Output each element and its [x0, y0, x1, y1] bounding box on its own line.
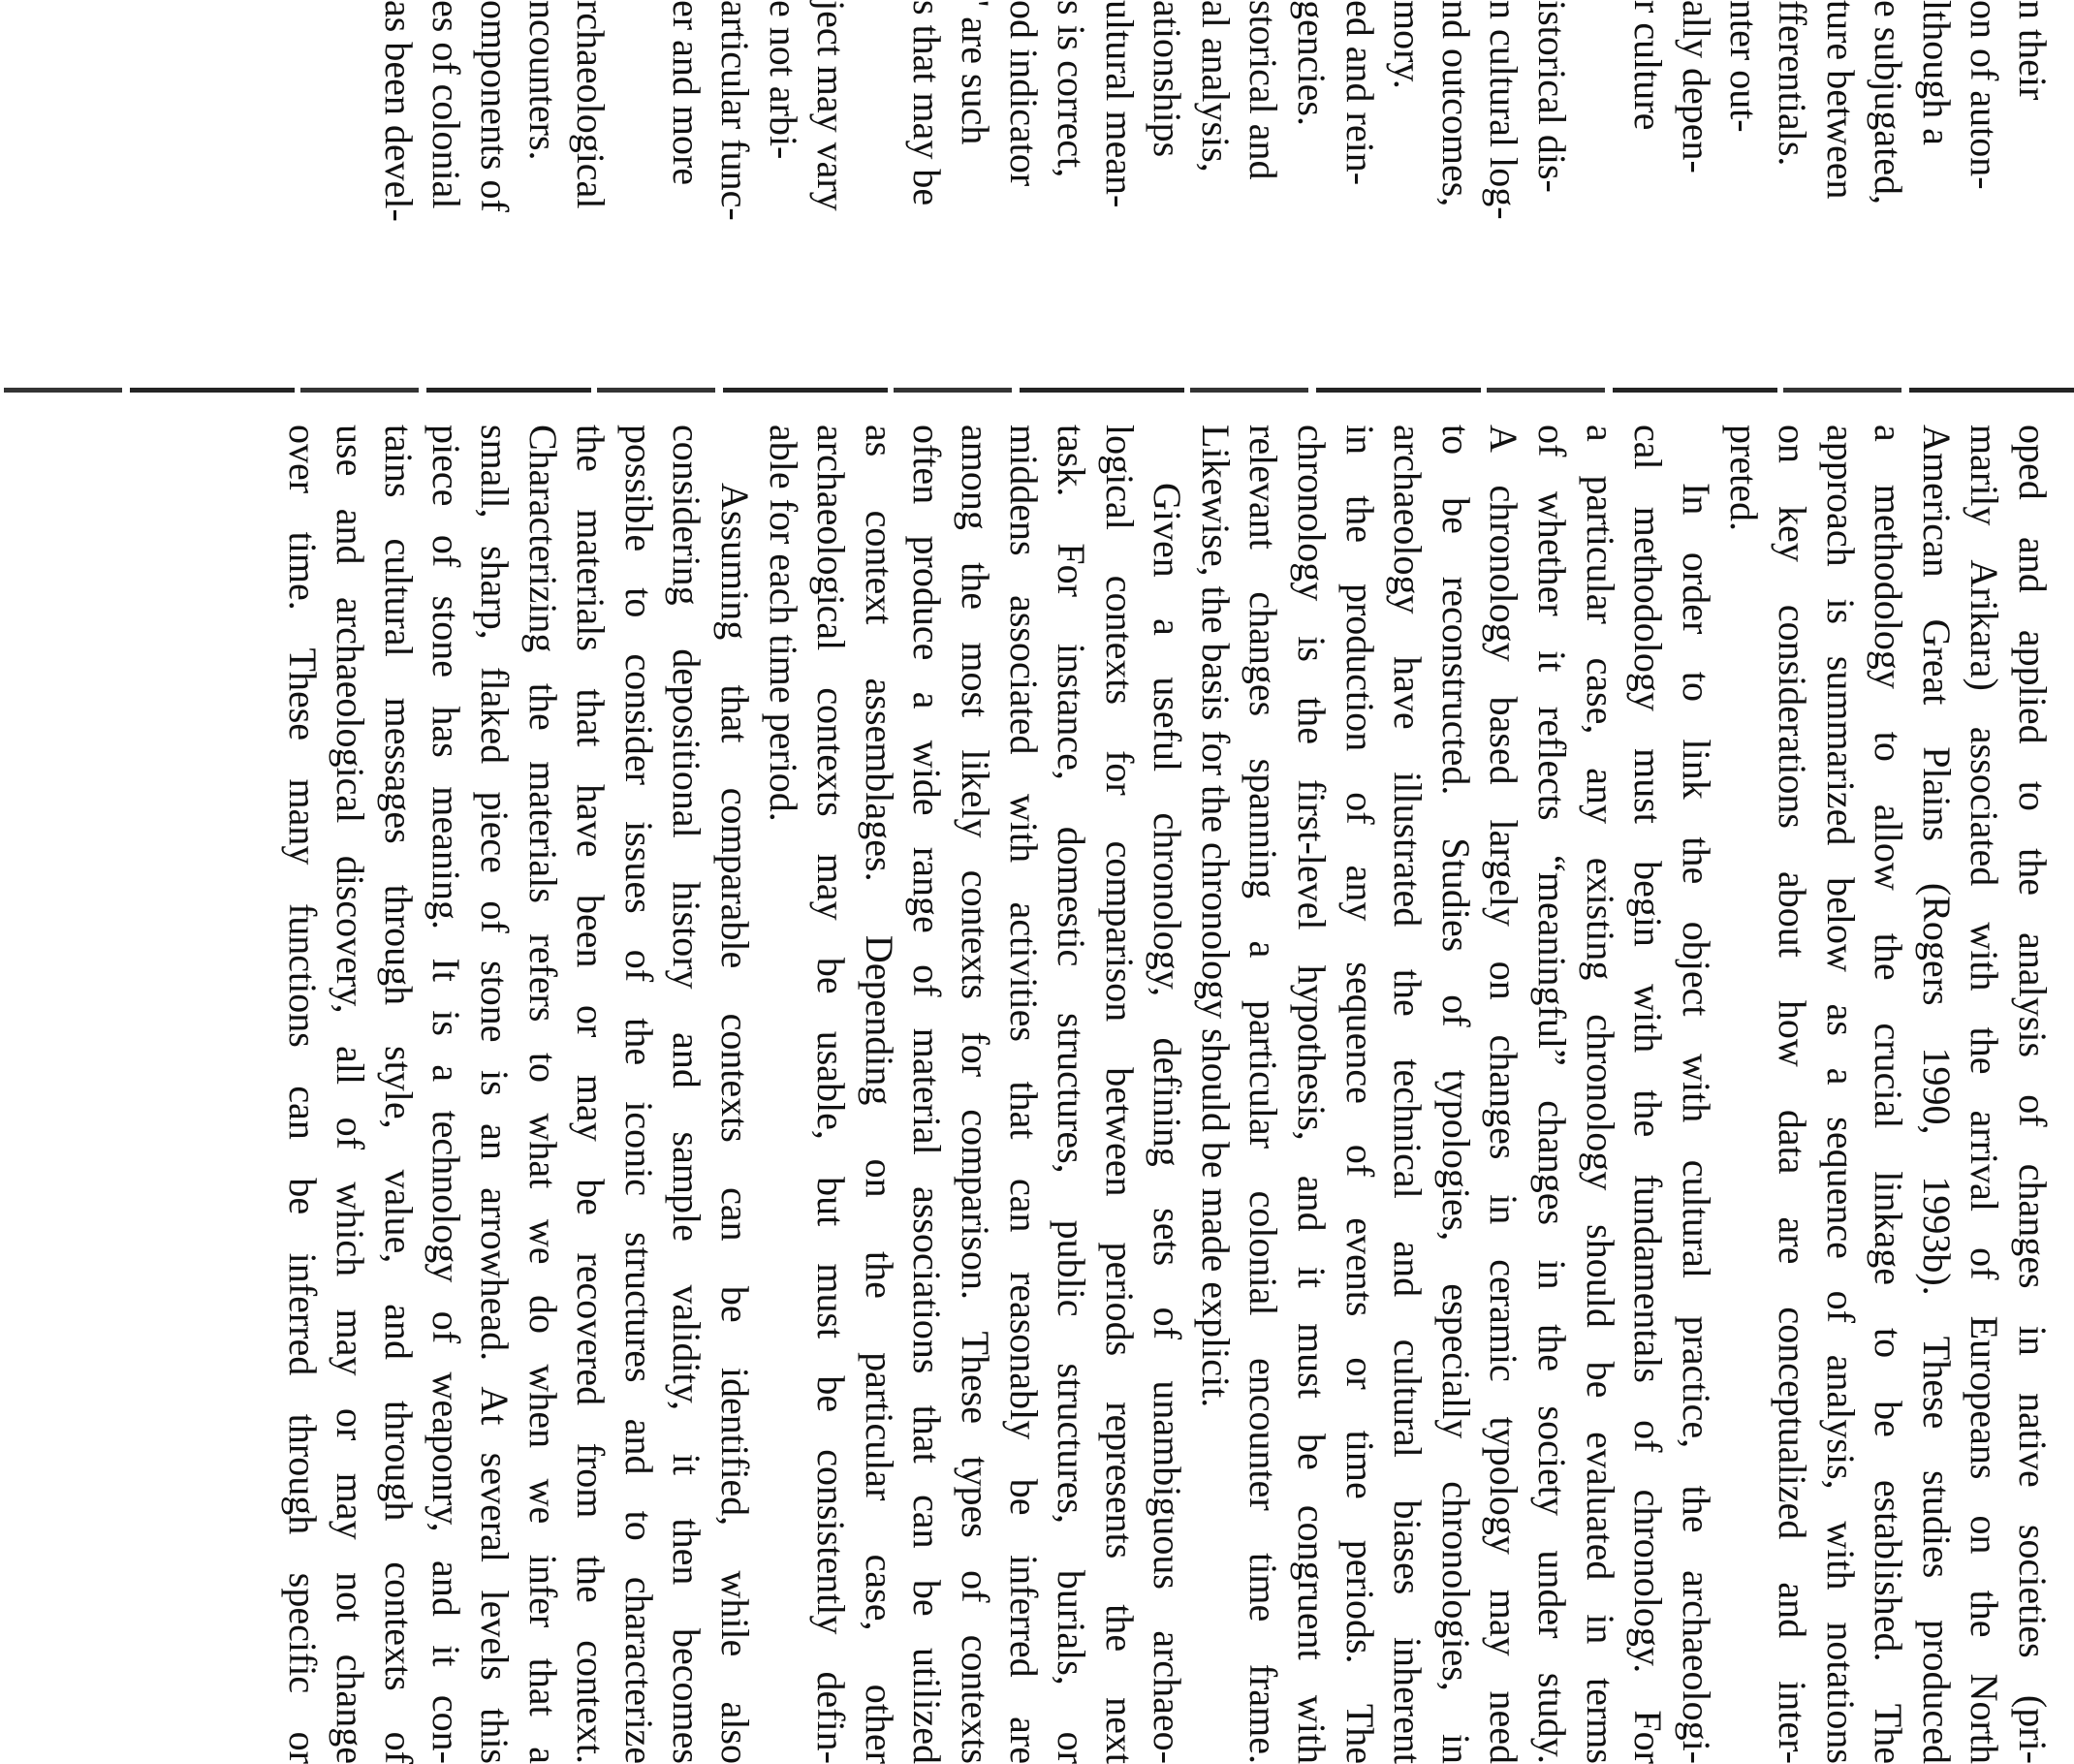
- text-line: logical contexts for comparison between …: [1095, 425, 1144, 1764]
- text-line: gencies.: [1288, 0, 1336, 373]
- text-line: chronology is the first-level hypothesis…: [1288, 425, 1336, 1764]
- text-line: s is correct,: [1048, 0, 1096, 373]
- text-line: small, sharp, flaked piece of stone is a…: [470, 425, 518, 1764]
- text-line: often produce a wide range of material a…: [903, 425, 952, 1764]
- page-gutter-rule: [0, 388, 2074, 393]
- text-line: er and more: [663, 0, 711, 373]
- text-line: possible to consider issues of the iconi…: [614, 425, 663, 1764]
- text-line: ationships: [1144, 0, 1192, 373]
- text-line: ' are such: [951, 0, 999, 373]
- text-line: r culture: [1624, 0, 1673, 373]
- text-line: piece of stone has meaning. It is a tech…: [423, 425, 471, 1764]
- text-line: n their: [2008, 0, 2057, 373]
- right-page-body-column: oped and applied to the analysis of chan…: [278, 425, 2057, 1764]
- text-line: archaeology have illustrated the technic…: [1384, 425, 1432, 1764]
- paragraph-gap: [614, 0, 663, 373]
- left-page-column-fragment: n their on of auton- lthough a e subjuga…: [374, 0, 2057, 373]
- text-line: es of colonial: [423, 0, 471, 373]
- text-line: n cultural log-: [1480, 0, 1528, 373]
- text-line: preted.: [1720, 425, 1769, 1764]
- text-line: tains cultural messages through style, v…: [374, 425, 423, 1764]
- text-line: omponents of: [470, 0, 518, 373]
- book-page-spread: n their on of auton- lthough a e subjuga…: [0, 0, 2074, 1764]
- text-line: relevant changes spanning a particular c…: [1240, 425, 1288, 1764]
- text-line: use and archaeological discovery, all of…: [327, 425, 375, 1764]
- text-line: in the production of any sequence of eve…: [1336, 425, 1384, 1764]
- text-line: nter out-: [1720, 0, 1769, 373]
- text-line: over time. These many functions can be i…: [278, 425, 327, 1764]
- paragraph-gap: [1576, 0, 1624, 373]
- text-line: a particular case, any existing chronolo…: [1576, 425, 1624, 1764]
- text-line: a methodology to allow the crucial linka…: [1865, 425, 1913, 1764]
- text-line: archaeological contexts may be usable, b…: [807, 425, 856, 1764]
- paragraph-first-line: In order to link the object with cultura…: [1672, 425, 1720, 1764]
- text-line: as context assemblages. Depending on the…: [855, 425, 903, 1764]
- text-line: od indicator: [999, 0, 1048, 373]
- text-line: istorical dis-: [1527, 0, 1576, 373]
- text-line: ed and rein-: [1336, 0, 1384, 373]
- paragraph-first-line: Assuming that comparable contexts can be…: [710, 425, 759, 1764]
- text-line: task. For instance, domestic structures,…: [1048, 425, 1096, 1764]
- text-line: oped and applied to the analysis of chan…: [2008, 425, 2057, 1764]
- text-line: articular func-: [710, 0, 759, 373]
- scanned-page-frame: n their on of auton- lthough a e subjuga…: [0, 0, 2074, 1764]
- text-line: nd outcomes,: [1431, 0, 1480, 373]
- text-line: Characterizing the materials refers to w…: [518, 425, 567, 1764]
- text-line: as been devel-: [374, 0, 423, 373]
- text-line: ject may vary: [807, 0, 856, 373]
- text-line: e subjugated,: [1865, 0, 1913, 373]
- text-line: rchaeological: [567, 0, 615, 373]
- text-line: able for each time period.: [759, 425, 807, 1764]
- paragraph-first-line: Given a useful chronology, defining sets…: [1144, 425, 1192, 1764]
- text-line: considering depositional history and sam…: [663, 425, 711, 1764]
- text-line: marily Arikara) associated with the arri…: [1961, 425, 2009, 1764]
- text-line: ncounters.: [518, 0, 567, 373]
- text-line: e not arbi-: [759, 0, 807, 373]
- text-line: of whether it reflects “meaningful” chan…: [1527, 425, 1576, 1764]
- text-line: among the most likely contexts for compa…: [951, 425, 999, 1764]
- text-line: fferentials.: [1768, 0, 1816, 373]
- text-line: Likewise, the basis for the chronology s…: [1191, 425, 1240, 1764]
- text-line: approach is summarized below as a sequen…: [1816, 425, 1865, 1764]
- paragraph-gap: [855, 0, 903, 373]
- text-line: lthough a: [1912, 0, 1961, 373]
- text-line: storical and: [1240, 0, 1288, 373]
- text-line: American Great Plains (Rogers 1990, 1993…: [1912, 425, 1961, 1764]
- text-line: ally depen-: [1672, 0, 1720, 373]
- text-line: al analysis,: [1191, 0, 1240, 373]
- text-line: ultural mean-: [1095, 0, 1144, 373]
- text-line: ture between: [1816, 0, 1865, 373]
- text-line: on of auton-: [1961, 0, 2009, 373]
- text-line: the materials that have been or may be r…: [567, 425, 615, 1764]
- text-line: on key considerations about how data are…: [1768, 425, 1816, 1764]
- text-line: middens associated with activities that …: [999, 425, 1048, 1764]
- text-line: to be reconstructed. Studies of typologi…: [1431, 425, 1480, 1764]
- text-line: mory.: [1384, 0, 1432, 373]
- text-line: cal methodology must begin with the fund…: [1624, 425, 1673, 1764]
- text-line: s that may be: [903, 0, 952, 373]
- text-line: A chronology based largely on changes in…: [1480, 425, 1528, 1764]
